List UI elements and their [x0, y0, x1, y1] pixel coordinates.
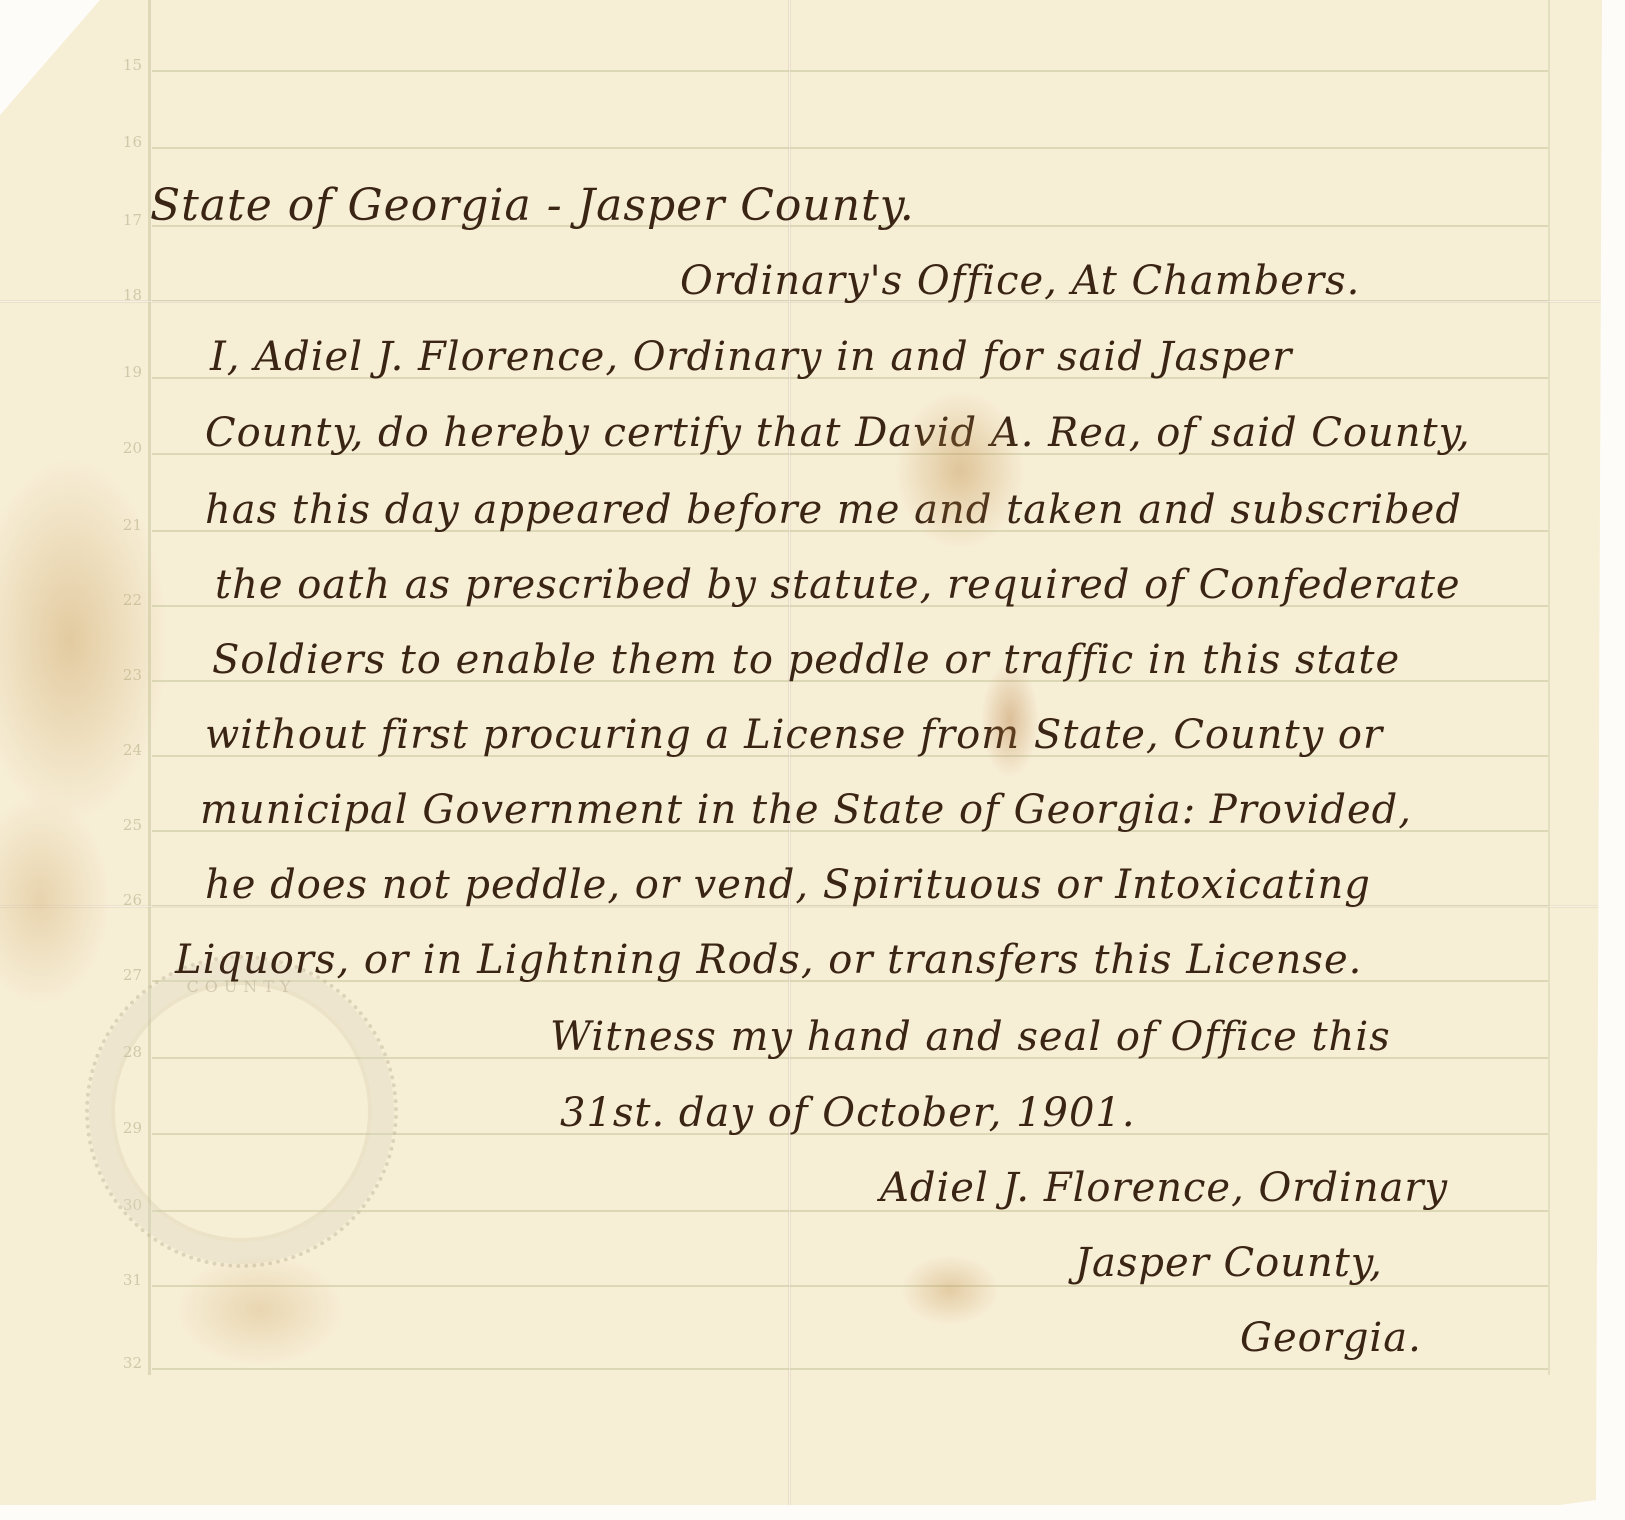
body-line-4: the oath as prescribed by statute, requi…	[215, 562, 1461, 608]
signature-name: Adiel J. Florence, Ordinary	[880, 1165, 1448, 1211]
signature-county: Jasper County,	[1075, 1240, 1383, 1286]
embossed-county-seal: COUNTY	[85, 955, 398, 1268]
body-line-2: County, do hereby certify that David A. …	[205, 410, 1471, 456]
line-number: 23	[112, 666, 142, 684]
heading-office: Ordinary's Office, At Chambers.	[680, 258, 1360, 304]
ruled-line	[152, 1368, 1548, 1370]
line-number: 17	[112, 211, 142, 229]
line-number: 32	[112, 1354, 142, 1372]
body-line-3: has this day appeared before me and take…	[205, 487, 1462, 533]
document-paper: 15 16 17 18 19 20 21 22 23 24 25 26 27 2…	[0, 0, 1602, 1505]
line-number: 16	[112, 133, 142, 151]
right-margin-line	[1548, 0, 1550, 1375]
line-number: 24	[112, 741, 142, 759]
ruled-line	[152, 147, 1548, 149]
body-line-6: without first procuring a License from S…	[205, 712, 1383, 758]
witness-line-1: Witness my hand and seal of Office this	[550, 1014, 1391, 1060]
line-number: 21	[112, 516, 142, 534]
body-line-9: Liquors, or in Lightning Rods, or transf…	[175, 937, 1362, 983]
line-number: 20	[112, 439, 142, 457]
line-number: 31	[112, 1271, 142, 1289]
ruled-line	[152, 70, 1548, 72]
body-line-7: municipal Government in the State of Geo…	[200, 787, 1412, 833]
line-number: 22	[112, 591, 142, 609]
body-line-1: I, Adiel J. Florence, Ordinary in and fo…	[210, 334, 1292, 380]
line-number: 25	[112, 816, 142, 834]
line-number: 19	[112, 363, 142, 381]
witness-line-2: 31st. day of October, 1901.	[560, 1090, 1136, 1136]
heading-state-county: State of Georgia - Jasper County.	[150, 180, 915, 231]
body-line-5: Soldiers to enable them to peddle or tra…	[212, 637, 1400, 683]
signature-state: Georgia.	[1240, 1315, 1422, 1361]
line-number: 15	[112, 56, 142, 74]
body-line-8: he does not peddle, or vend, Spirituous …	[205, 862, 1371, 908]
